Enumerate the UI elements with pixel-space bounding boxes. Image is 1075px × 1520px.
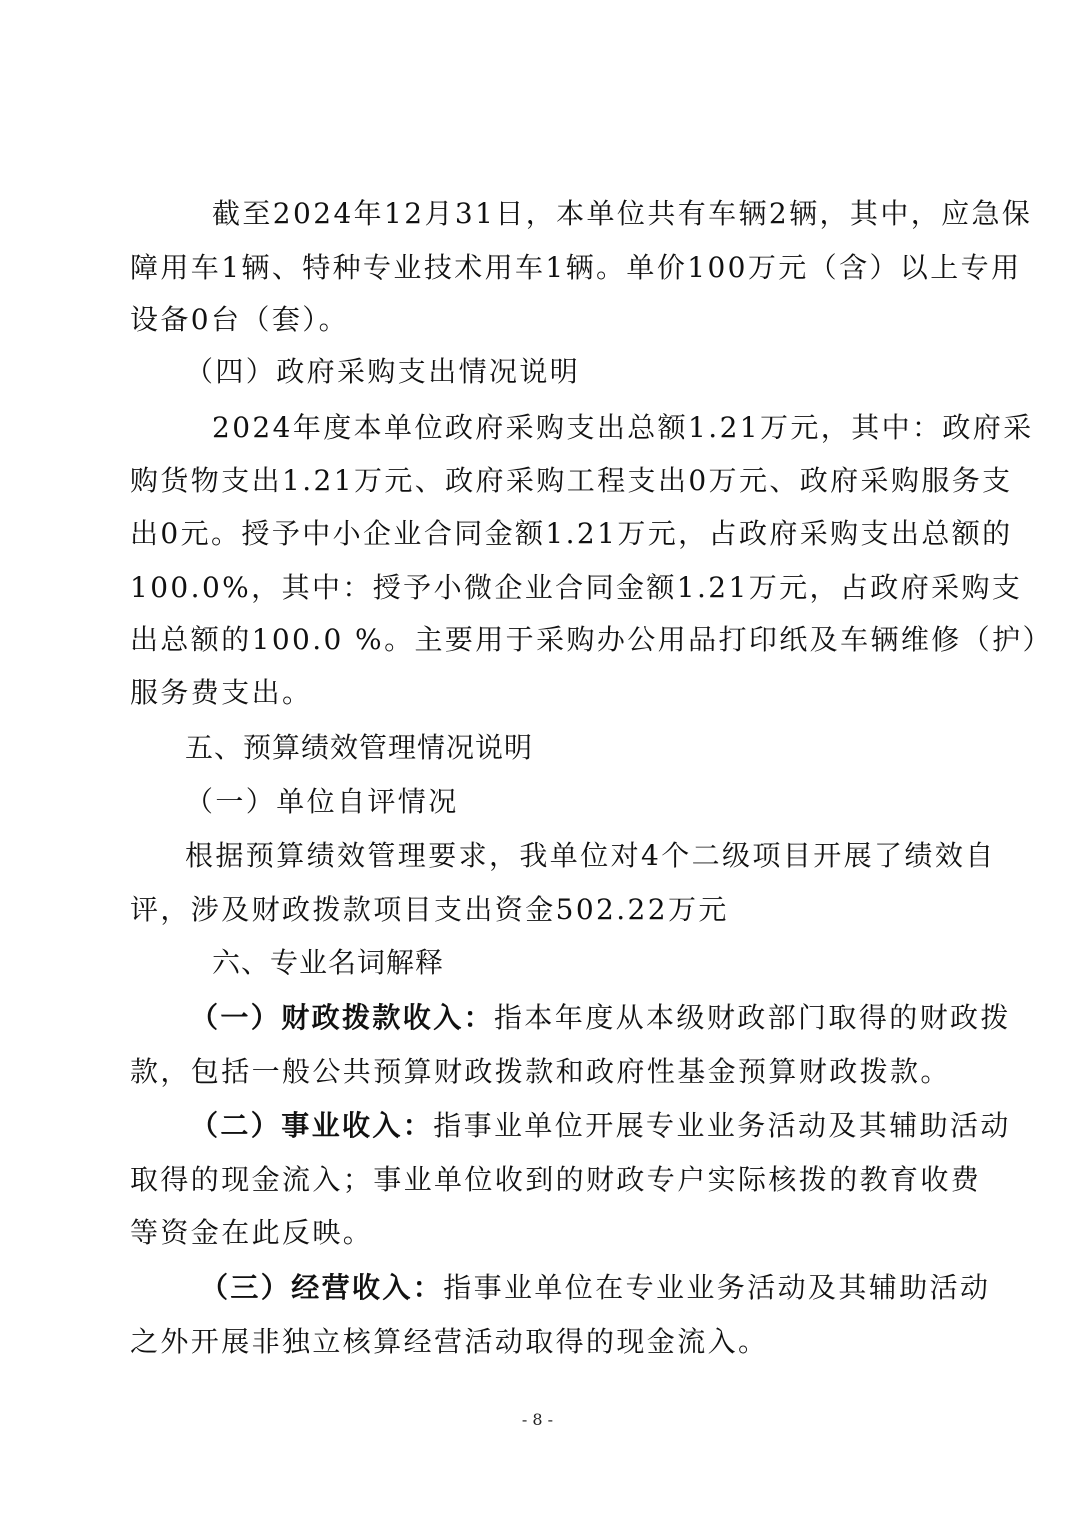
definition-text: 指事业单位开展专业业务活动及其辅助活动: [433, 1109, 1011, 1142]
definition-term: （三）经营收入：: [200, 1271, 443, 1304]
paragraph-line: 等资金在此反映。: [130, 1215, 945, 1251]
definition-line: （二）事业收入：指事业单位开展专业业务活动及其辅助活动: [190, 1108, 1005, 1144]
definition-term: （二）事业收入：: [190, 1109, 433, 1142]
paragraph-line: 设备0台（套）。: [130, 302, 945, 338]
paragraph-line: 截至2024年12月31日，本单位共有车辆2辆，其中，应急保: [212, 196, 1027, 232]
heading-performance-management: 五、预算绩效管理情况说明: [185, 730, 1000, 766]
definition-term: （一）财政拨款收入：: [190, 1001, 494, 1034]
paragraph-line: 100.0%，其中：授予小微企业合同金额1.21万元，占政府采购支: [130, 570, 945, 606]
paragraph-line: 出总额的100.0 %。主要用于采购办公用品打印纸及车辆维修（护）: [130, 622, 945, 658]
definition-line: （一）财政拨款收入：指本年度从本级财政部门取得的财政拨: [190, 1000, 1005, 1036]
paragraph-line: 购货物支出1.21万元、政府采购工程支出0万元、政府采购服务支: [130, 463, 945, 499]
heading-terminology: 六、专业名词解释: [212, 945, 1027, 981]
definition-text: 指本年度从本级财政部门取得的财政拨: [494, 1001, 1011, 1034]
paragraph-line: 2024年度本单位政府采购支出总额1.21万元，其中：政府采: [212, 410, 1027, 446]
document-page: 截至2024年12月31日，本单位共有车辆2辆，其中，应急保 障用车1辆、特种专…: [0, 0, 1075, 1520]
paragraph-line: 评，涉及财政拨款项目支出资金502.22万元: [130, 892, 945, 928]
paragraph-line: 款，包括一般公共预算财政拨款和政府性基金预算财政拨款。: [130, 1054, 945, 1090]
paragraph-line: 障用车1辆、特种专业技术用车1辆。单价100万元（含）以上专用: [130, 250, 945, 286]
paragraph-line: 取得的现金流入；事业单位收到的财政专户实际核拨的教育收费: [130, 1162, 945, 1198]
paragraph-line: 服务费支出。: [130, 675, 945, 711]
paragraph-line: 根据预算绩效管理要求，我单位对4个二级项目开展了绩效自: [185, 838, 1000, 874]
paragraph-line: 之外开展非独立核算经营活动取得的现金流入。: [130, 1324, 945, 1360]
page-number: - 8 -: [0, 1410, 1075, 1429]
paragraph-line: 出0元。授予中小企业合同金额1.21万元，占政府采购支出总额的: [130, 516, 945, 552]
subheading-procurement: （四）政府采购支出情况说明: [185, 354, 1000, 390]
subheading-self-evaluation: （一）单位自评情况: [185, 784, 1000, 820]
definition-text: 指事业单位在专业业务活动及其辅助活动: [443, 1271, 990, 1304]
definition-line: （三）经营收入：指事业单位在专业业务活动及其辅助活动: [200, 1270, 1015, 1306]
